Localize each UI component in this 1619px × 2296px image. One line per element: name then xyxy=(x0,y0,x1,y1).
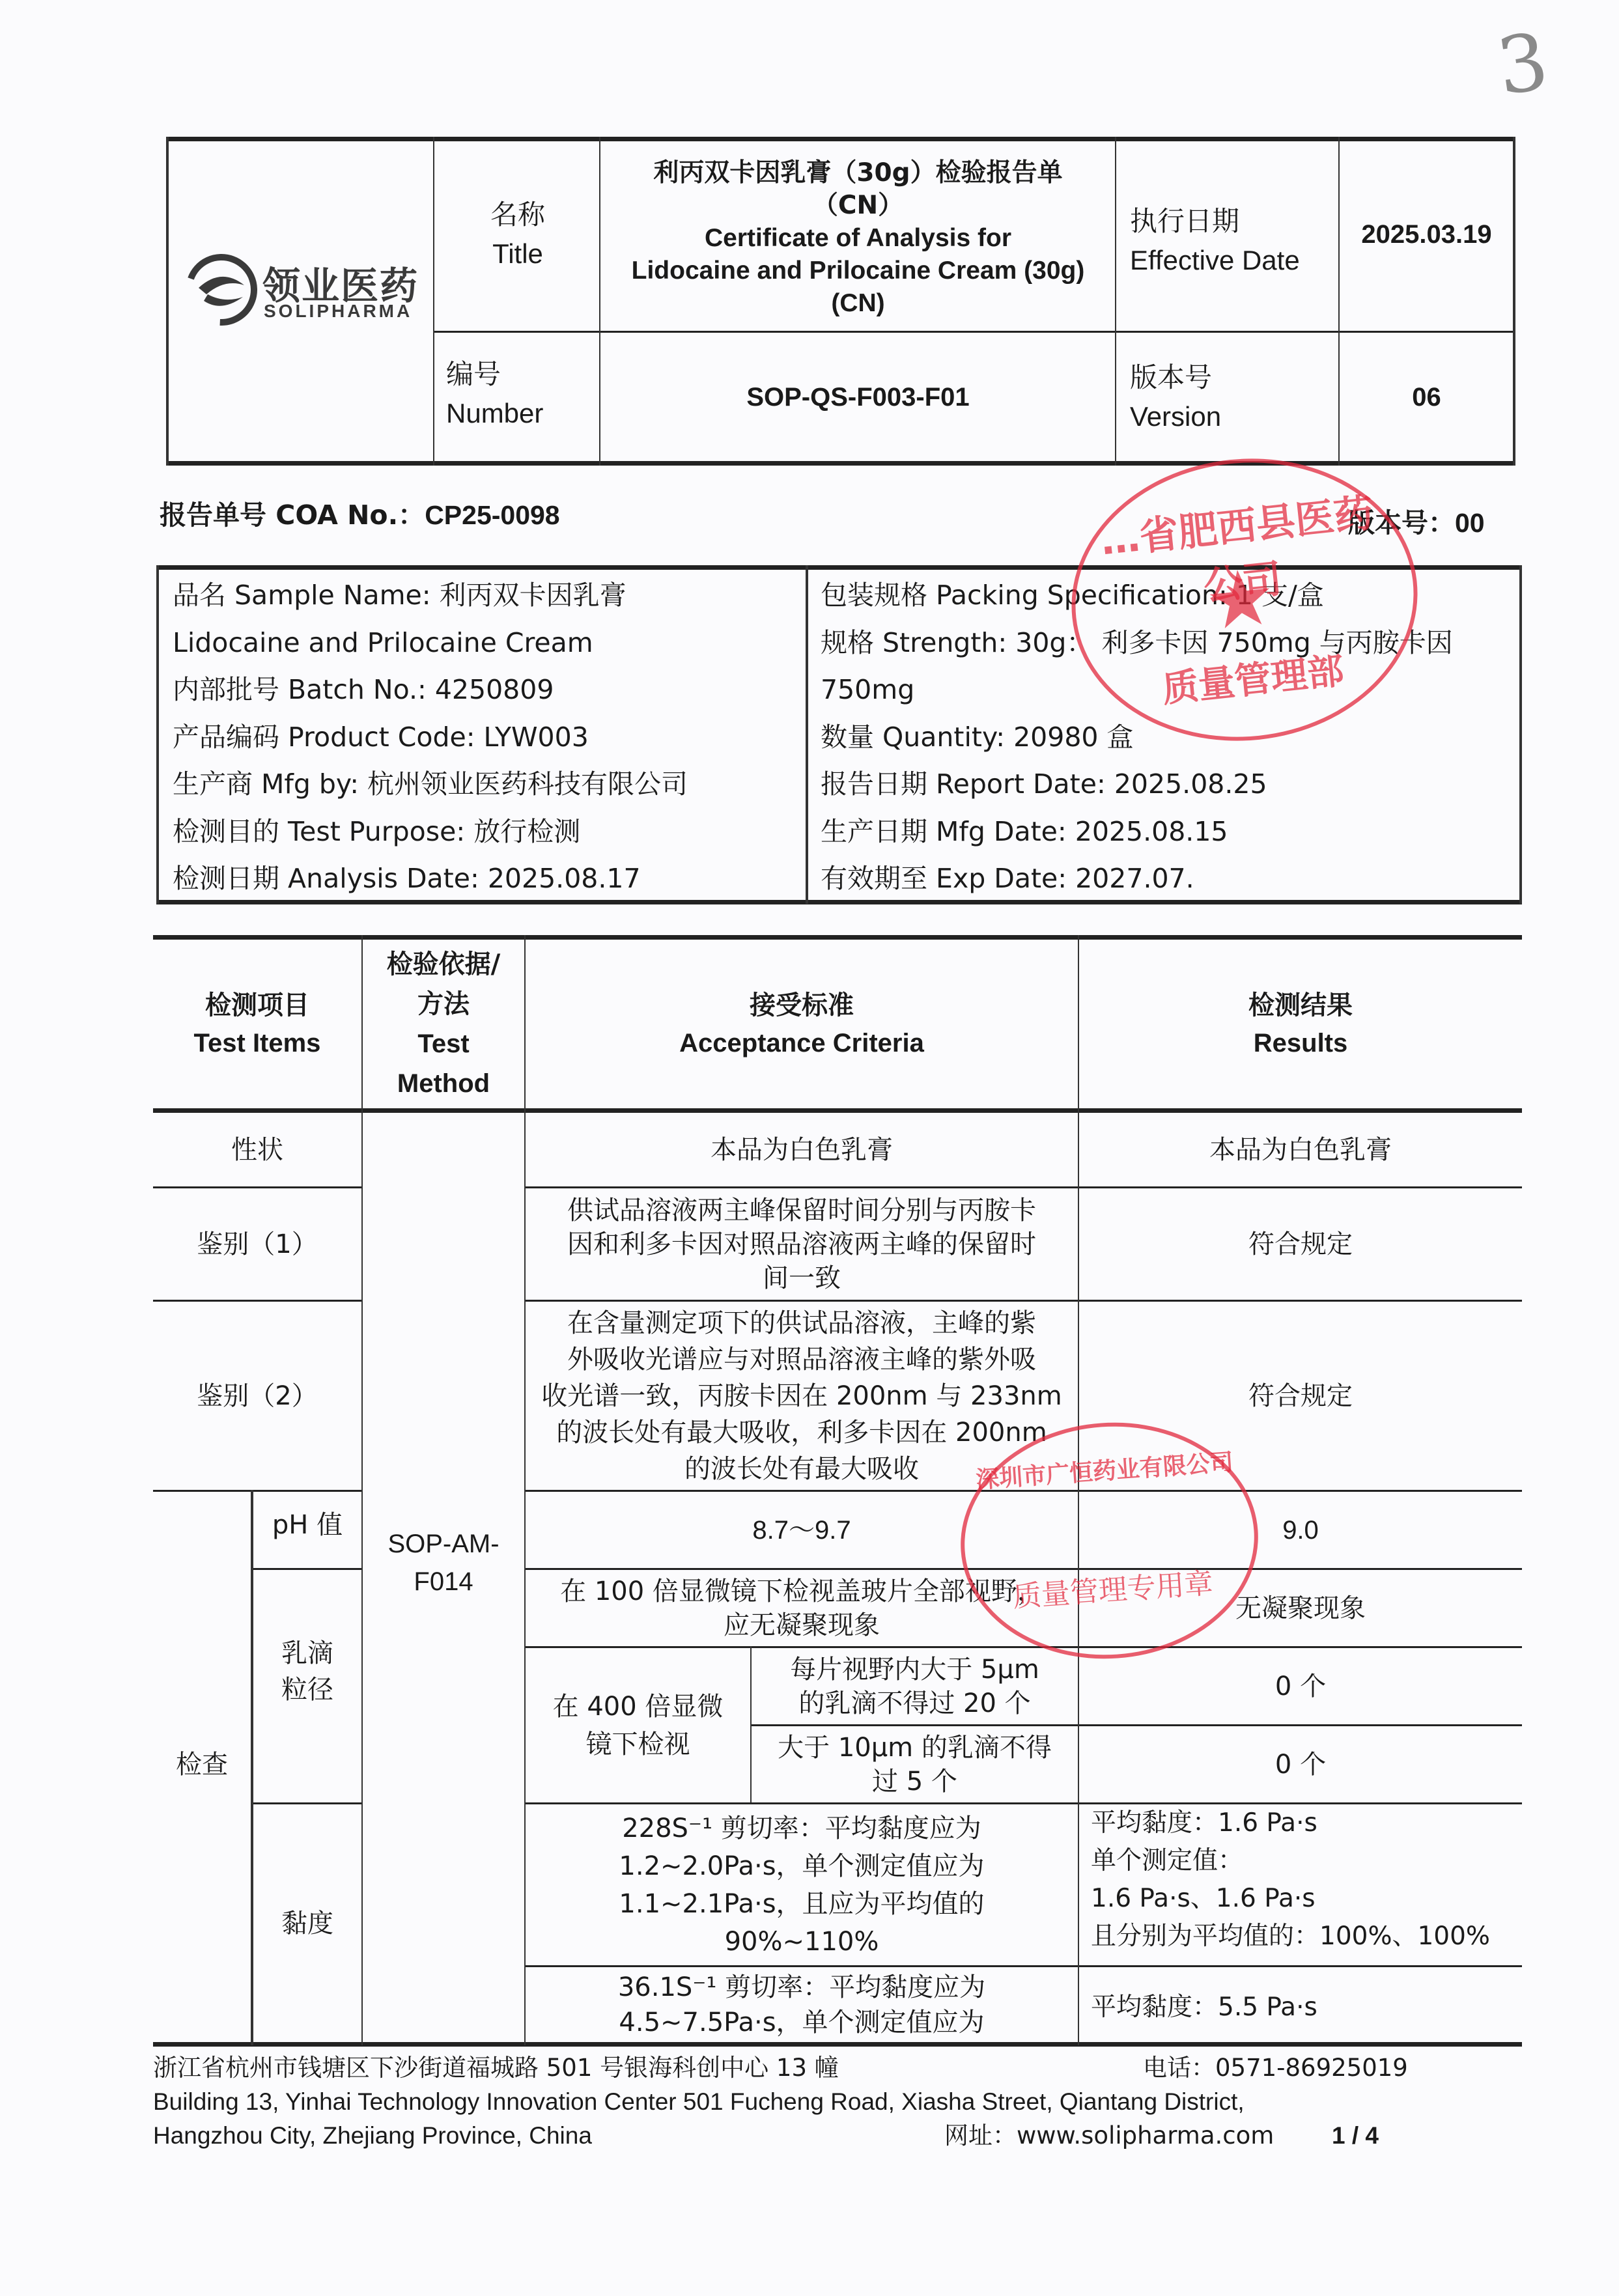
quantity: 数量 Quantity: 20980 盒 xyxy=(821,714,1517,761)
company-logo: 领业医药 SOLIPHARMA xyxy=(186,254,420,332)
sample-info-left: 品名 Sample Name: 利丙双卡因乳膏 Lidocaine and Pr… xyxy=(173,572,798,903)
criteria-line: 应无凝聚现象 xyxy=(724,1608,880,1642)
criteria-line: 间一致 xyxy=(763,1261,841,1295)
header-test-items-cn: 检测项目 xyxy=(205,987,309,1024)
version-label-cn: 版本号 xyxy=(1130,358,1212,397)
result-line: 单个测定值： xyxy=(1091,1842,1243,1880)
result: 本品为白色乳膏 xyxy=(1079,1113,1522,1186)
result: 9.0 xyxy=(1079,1492,1522,1568)
coa-label: 报告单号 COA No.： xyxy=(160,499,425,531)
criteria-10um: 大于 10μm 的乳滴不得 过 5 个 xyxy=(752,1726,1078,1802)
header-method-cn-2: 方法 xyxy=(417,985,470,1024)
criteria-5um: 每片视野内大于 5μm 的乳滴不得过 20 个 xyxy=(752,1648,1078,1724)
test-purpose: 检测目的 Test Purpose: 放行检测 xyxy=(173,808,798,856)
effective-date-value: 2025.03.19 xyxy=(1340,137,1513,332)
criteria-line: 过 5 个 xyxy=(872,1765,957,1799)
batch-number: 内部批号 Batch No.: 4250809 xyxy=(173,666,798,714)
result-10um: 0 个 xyxy=(1079,1726,1522,1802)
coa-number: 报告单号 COA No.：CP25-0098 xyxy=(160,494,560,532)
number-label: 编号 Number xyxy=(446,355,589,433)
criteria-line: 36.1S⁻¹ 剪切率：平均黏度应为 xyxy=(618,1970,985,2005)
header-results: 检测结果 Results xyxy=(1079,940,1522,1108)
header-acceptance-criteria: 接受标准 Acceptance Criteria xyxy=(526,940,1078,1108)
test-method-line-1: SOP-AM- xyxy=(387,1525,499,1563)
result-228: 平均黏度：1.6 Pa·s 单个测定值： 1.6 Pa·s、1.6 Pa·s 且… xyxy=(1091,1804,1521,1965)
page-number: 1 / 4 xyxy=(1332,2119,1379,2153)
criteria-line: 收光谱一致，丙胺卡因在 200nm 与 233nm xyxy=(541,1378,1062,1414)
footer-website[interactable]: 网址：www.solipharma.com xyxy=(944,2119,1274,2153)
title-line-en-1: Certificate of Analysis for xyxy=(705,222,1011,255)
footer-address-en-2: Hangzhou City, Zhejiang Province, China xyxy=(153,2119,592,2153)
criteria-line: 90%~110% xyxy=(725,1923,879,1961)
number-label-cn: 编号 xyxy=(446,355,501,394)
effective-label-en: Effective Date xyxy=(1130,241,1300,280)
criteria-line: 在 100 倍显微镜下检视盖玻片全部视野， xyxy=(560,1575,1043,1608)
sample-name-en: Lidocaine and Prilocaine Cream xyxy=(173,619,798,667)
version-value: 06 xyxy=(1340,332,1513,462)
header-method-cn-1: 检验依据/ xyxy=(387,945,501,985)
result: 符合规定 xyxy=(1079,1188,1522,1300)
result-100x: 无凝聚现象 xyxy=(1079,1570,1522,1646)
title-line-cn-tag: （CN） xyxy=(813,189,903,222)
criteria-line: 1.2~2.0Pa·s，单个测定值应为 xyxy=(619,1847,984,1885)
test-sub-item: pH 值 xyxy=(253,1492,361,1568)
result-36: 平均黏度：5.5 Pa·s xyxy=(1091,1967,1521,2042)
criteria: 本品为白色乳膏 xyxy=(526,1113,1078,1186)
criteria-line: 的乳滴不得过 20 个 xyxy=(798,1687,1030,1720)
effective-label-cn: 执行日期 xyxy=(1130,202,1239,241)
header-test-method: 检验依据/ 方法 Test Method xyxy=(363,940,524,1108)
strength-cont: 750mg xyxy=(821,666,1517,714)
group-label-inspection: 检查 xyxy=(153,1693,251,1836)
manufacturer: 生产商 Mfg by: 杭州领业医药科技有限公司 xyxy=(173,761,798,808)
sample-info-right: 包装规格 Packing Specification: 1 支/盒 规格 Str… xyxy=(821,572,1517,903)
result-5um: 0 个 xyxy=(1079,1648,1522,1724)
version-label-en: Version xyxy=(1130,397,1221,436)
report-date: 报告日期 Report Date: 2025.08.25 xyxy=(821,761,1517,808)
mfg-date: 生产日期 Mfg Date: 2025.08.15 xyxy=(821,808,1517,856)
number-label-en: Number xyxy=(446,394,543,433)
product-code: 产品编码 Product Code: LYW003 xyxy=(173,714,798,761)
title-label-cn: 名称 xyxy=(490,195,545,234)
criteria-line: 供试品溶液两主峰保留时间分别与丙胺卡 xyxy=(567,1194,1036,1227)
handwritten-page-mark: 3 xyxy=(1492,16,1554,113)
logo-text-en: SOLIPHARMA xyxy=(264,301,412,322)
report-version-label: 版本号： xyxy=(1348,507,1455,539)
test-method-line-2: F014 xyxy=(414,1563,473,1601)
header-results-en: Results xyxy=(1254,1024,1348,1062)
strength: 规格 Strength: 30g： 利多卡因 750mg 与丙胺卡因 xyxy=(821,619,1517,667)
criteria-36: 36.1S⁻¹ 剪切率：平均黏度应为 4.5~7.5Pa·s，单个测定值应为 xyxy=(526,1967,1078,2042)
criteria-400x-label: 在 400 倍显微 镜下检视 xyxy=(526,1648,750,1802)
criteria-line: 在 400 倍显微 xyxy=(553,1688,724,1726)
test-sub-item: 乳滴 粒径 xyxy=(253,1570,361,1802)
criteria: 8.7～9.7 xyxy=(526,1492,1078,1568)
header-criteria-en: Acceptance Criteria xyxy=(679,1024,924,1062)
sub-item-line: 粒径 xyxy=(281,1672,333,1708)
result: 符合规定 xyxy=(1079,1302,1522,1490)
sub-item-line: 乳滴 xyxy=(281,1635,333,1672)
criteria-228: 228S⁻¹ 剪切率：平均黏度应为 1.2~2.0Pa·s，单个测定值应为 1.… xyxy=(526,1804,1078,1965)
criteria-100x: 在 100 倍显微镜下检视盖玻片全部视野， 应无凝聚现象 xyxy=(526,1570,1078,1646)
analysis-date: 检测日期 Analysis Date: 2025.08.17 xyxy=(173,855,798,903)
report-version: 版本号：00 xyxy=(1348,501,1485,540)
test-sub-item: 黏度 xyxy=(253,1804,361,2042)
test-item: 性状 xyxy=(153,1113,361,1186)
version-label: 版本号 Version xyxy=(1130,358,1335,436)
test-item: 鉴别（2） xyxy=(153,1302,361,1490)
document-number: SOP-QS-F003-F01 xyxy=(602,332,1114,462)
criteria-line: 在含量测定项下的供试品溶液，主峰的紫 xyxy=(567,1305,1036,1341)
title-label-en: Title xyxy=(492,234,543,273)
footer-address-cn: 浙江省杭州市钱塘区下沙街道福城路 501 号银海科创中心 13 幢 xyxy=(153,2051,839,2085)
result-line: 1.6 Pa·s、1.6 Pa·s xyxy=(1091,1880,1316,1918)
title-label: 名称 Title xyxy=(446,195,589,273)
header-method-en-2: Method xyxy=(397,1064,490,1104)
result-line: 且分别为平均值的：100%、100% xyxy=(1091,1918,1490,1955)
criteria-line: 1.1~2.1Pa·s，且应为平均值的 xyxy=(619,1885,984,1923)
title-line-en-2: Lidocaine and Prilocaine Cream (30g) xyxy=(632,255,1085,287)
result-line: 平均黏度：1.6 Pa·s xyxy=(1091,1804,1317,1842)
effective-date-label: 执行日期 Effective Date xyxy=(1130,202,1335,280)
criteria-line: 4.5~7.5Pa·s，单个测定值应为 xyxy=(619,2005,984,2040)
header-test-items-en: Test Items xyxy=(194,1024,321,1062)
document-title: 利丙双卡因乳膏（30g）检验报告单 （CN） Certificate of An… xyxy=(602,148,1114,328)
criteria: 在含量测定项下的供试品溶液，主峰的紫 外吸收光谱应与对照品溶液主峰的紫外吸 收光… xyxy=(526,1302,1078,1490)
criteria-line: 大于 10μm 的乳滴不得 xyxy=(778,1731,1052,1765)
criteria-line: 因和利多卡因对照品溶液两主峰的保留时 xyxy=(567,1227,1036,1261)
title-line-cn: 利丙双卡因乳膏（30g）检验报告单 xyxy=(653,157,1062,189)
exp-date: 有效期至 Exp Date: 2027.07. xyxy=(821,855,1517,903)
report-version-value: 00 xyxy=(1455,508,1485,538)
criteria-line: 每片视野内大于 5μm xyxy=(790,1653,1039,1687)
solipharma-logo-icon xyxy=(186,254,257,326)
criteria: 供试品溶液两主峰保留时间分别与丙胺卡 因和利多卡因对照品溶液两主峰的保留时 间一… xyxy=(526,1188,1078,1300)
criteria-line: 的波长处有最大吸收 xyxy=(684,1451,919,1487)
header-method-en-1: Test xyxy=(417,1024,469,1064)
sample-name: 品名 Sample Name: 利丙双卡因乳膏 xyxy=(173,572,798,619)
header-test-items: 检测项目 Test Items xyxy=(153,940,361,1108)
title-line-en-tag: (CN) xyxy=(831,287,884,320)
criteria-line: 的波长处有最大吸收，利多卡因在 200nm xyxy=(556,1414,1047,1451)
test-method-value: SOP-AM- F014 xyxy=(363,1498,524,1628)
coa-value: CP25-0098 xyxy=(425,500,559,530)
criteria-line: 外吸收光谱应与对照品溶液主峰的紫外吸 xyxy=(567,1341,1036,1378)
header-criteria-cn: 接受标准 xyxy=(750,987,854,1024)
packing-specification: 包装规格 Packing Specification: 1 支/盒 xyxy=(821,572,1517,619)
criteria-line: 镜下检视 xyxy=(586,1726,690,1763)
test-item: 鉴别（1） xyxy=(153,1188,361,1300)
footer-address-en-1: Building 13, Yinhai Technology Innovatio… xyxy=(153,2085,1245,2119)
footer-phone: 电话：0571-86925019 xyxy=(1143,2051,1408,2085)
header-results-cn: 检测结果 xyxy=(1248,987,1353,1024)
criteria-line: 228S⁻¹ 剪切率：平均黏度应为 xyxy=(622,1810,981,1847)
